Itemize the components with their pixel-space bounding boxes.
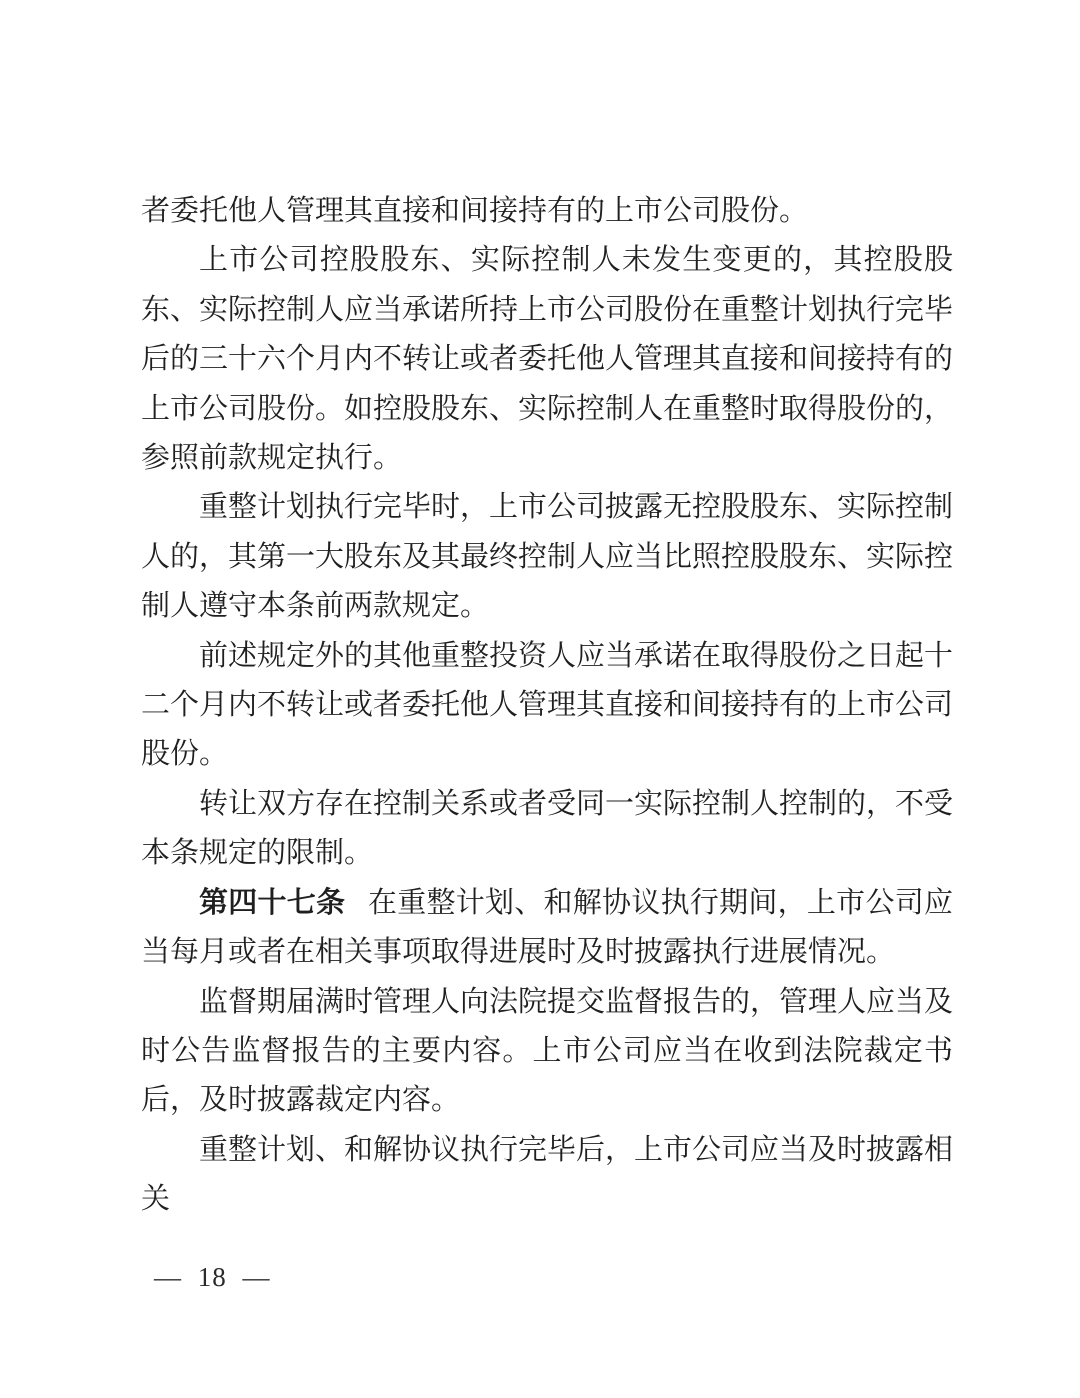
document-body: 者委托他人管理其直接和间接持有的上市公司股份。 上市公司控股股东、实际控制人未发… [141, 187, 953, 1225]
paragraph: 监督期届满时管理人向法院提交监督报告的，管理人应当及时公告监督报告的主要内容。上… [141, 978, 953, 1126]
paragraph-continuation: 者委托他人管理其直接和间接持有的上市公司股份。 [141, 187, 953, 236]
page-number-footer: — 18 — [154, 1262, 271, 1293]
article-number-heading: 第四十七条 [199, 887, 345, 919]
paragraph: 重整计划、和解协议执行完毕后，上市公司应当及时披露相关 [141, 1126, 953, 1225]
article-47-paragraph: 第四十七条在重整计划、和解协议执行期间，上市公司应当每月或者在相关事项取得进展时… [141, 879, 953, 978]
document-page: 者委托他人管理其直接和间接持有的上市公司股份。 上市公司控股股东、实际控制人未发… [0, 0, 1080, 1398]
paragraph: 转让双方存在控制关系或者受同一实际控制人控制的，不受本条规定的限制。 [141, 780, 953, 879]
paragraph: 上市公司控股股东、实际控制人未发生变更的，其控股股东、实际控制人应当承诺所持上市… [141, 236, 953, 483]
paragraph: 前述规定外的其他重整投资人应当承诺在取得股份之日起十二个月内不转让或者委托他人管… [141, 632, 953, 780]
paragraph: 重整计划执行完毕时，上市公司披露无控股股东、实际控制人的，其第一大股东及其最终控… [141, 483, 953, 631]
